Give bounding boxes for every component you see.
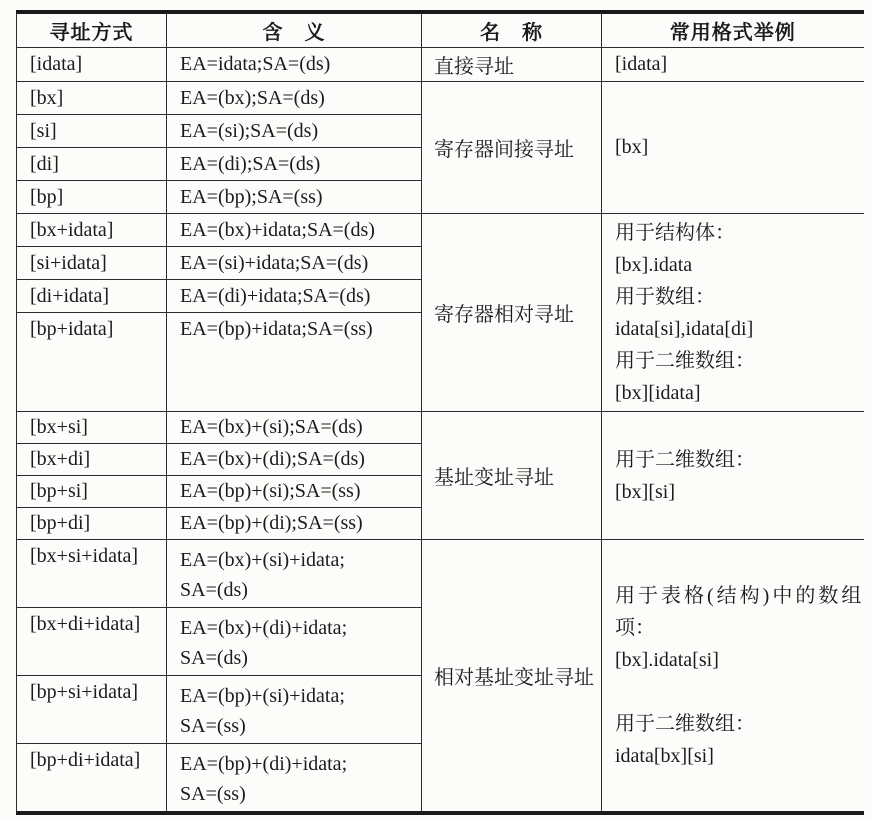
meaning-cell: EA=(si)+idata;SA=(ds) xyxy=(167,247,422,280)
mode-cell: [si] xyxy=(17,115,167,148)
name-cell: 相对基址变址寻址 xyxy=(422,540,602,814)
mode-cell: [bp+si] xyxy=(17,476,167,508)
meaning-cell: EA=(bp)+(si)+idata; SA=(ss) xyxy=(167,676,422,744)
example-justified-line: 用于表格(结构)中的数组 xyxy=(615,580,860,612)
mode-cell: [bp] xyxy=(17,181,167,214)
table-row: [bx+idata] EA=(bx)+idata;SA=(ds) 寄存器相对寻址… xyxy=(17,214,864,247)
meaning-cell: EA=(bx)+(si);SA=(ds) xyxy=(167,412,422,444)
name-cell: 基址变址寻址 xyxy=(422,412,602,540)
header-example: 常用格式举例 xyxy=(602,12,864,48)
mode-cell: [bp+di+idata] xyxy=(17,744,167,814)
table-row: [idata] EA=idata;SA=(ds) 直接寻址 [idata] xyxy=(17,48,864,82)
meaning-cell: EA=(bp)+(di);SA=(ss) xyxy=(167,508,422,540)
table-row: [bx+si+idata] EA=(bx)+(si)+idata; SA=(ds… xyxy=(17,540,864,608)
example-cell: 用于二维数组： [bx][si] xyxy=(602,412,864,540)
meaning-cell: EA=(bx)+idata;SA=(ds) xyxy=(167,214,422,247)
mode-cell: [si+idata] xyxy=(17,247,167,280)
meaning-cell: EA=(bp)+idata;SA=(ss) xyxy=(167,313,422,412)
example-cell: [bx] xyxy=(602,82,864,214)
mode-cell: [bx+di+idata] xyxy=(17,608,167,676)
header-meaning: 含 义 xyxy=(167,12,422,48)
mode-cell: [bp+si+idata] xyxy=(17,676,167,744)
mode-cell: [bx+si] xyxy=(17,412,167,444)
mode-cell: [bp+di] xyxy=(17,508,167,540)
example-cell: 用于结构体： [bx].idata 用于数组： idata[si],idata[… xyxy=(602,214,864,412)
meaning-cell: EA=(di);SA=(ds) xyxy=(167,148,422,181)
meaning-cell: EA=(di)+idata;SA=(ds) xyxy=(167,280,422,313)
meaning-cell: EA=(bx);SA=(ds) xyxy=(167,82,422,115)
example-cell: [idata] xyxy=(602,48,864,82)
meaning-cell: EA=(bx)+(si)+idata; SA=(ds) xyxy=(167,540,422,608)
mode-cell: [idata] xyxy=(17,48,167,82)
meaning-cell: EA=(bx)+(di);SA=(ds) xyxy=(167,444,422,476)
mode-cell: [bx+si+idata] xyxy=(17,540,167,608)
addressing-mode-table: 寻址方式 含 义 名 称 常用格式举例 [idata] EA=idata;SA=… xyxy=(16,10,864,815)
table-row: [bx] EA=(bx);SA=(ds) 寄存器间接寻址 [bx] xyxy=(17,82,864,115)
meaning-cell: EA=idata;SA=(ds) xyxy=(167,48,422,82)
header-name: 名 称 xyxy=(422,12,602,48)
mode-cell: [bx] xyxy=(17,82,167,115)
scanned-page: 寻址方式 含 义 名 称 常用格式举例 [idata] EA=idata;SA=… xyxy=(0,0,873,815)
meaning-cell: EA=(bx)+(di)+idata; SA=(ds) xyxy=(167,608,422,676)
meaning-cell: EA=(bp);SA=(ss) xyxy=(167,181,422,214)
name-cell: 直接寻址 xyxy=(422,48,602,82)
meaning-cell: EA=(bp)+(si);SA=(ss) xyxy=(167,476,422,508)
mode-cell: [bp+idata] xyxy=(17,313,167,412)
name-cell: 寄存器相对寻址 xyxy=(422,214,602,412)
header-mode: 寻址方式 xyxy=(17,12,167,48)
name-cell: 寄存器间接寻址 xyxy=(422,82,602,214)
mode-cell: [di+idata] xyxy=(17,280,167,313)
meaning-cell: EA=(bp)+(di)+idata; SA=(ss) xyxy=(167,744,422,814)
mode-cell: [bx+idata] xyxy=(17,214,167,247)
mode-cell: [di] xyxy=(17,148,167,181)
meaning-cell: EA=(si);SA=(ds) xyxy=(167,115,422,148)
example-lines: 项： [bx].idata[si] 用于二维数组： idata[bx][si] xyxy=(615,612,860,772)
table-header-row: 寻址方式 含 义 名 称 常用格式举例 xyxy=(17,12,864,48)
example-cell: 用于表格(结构)中的数组 项： [bx].idata[si] 用于二维数组： i… xyxy=(602,540,864,814)
mode-cell: [bx+di] xyxy=(17,444,167,476)
table-row: [bx+si] EA=(bx)+(si);SA=(ds) 基址变址寻址 用于二维… xyxy=(17,412,864,444)
